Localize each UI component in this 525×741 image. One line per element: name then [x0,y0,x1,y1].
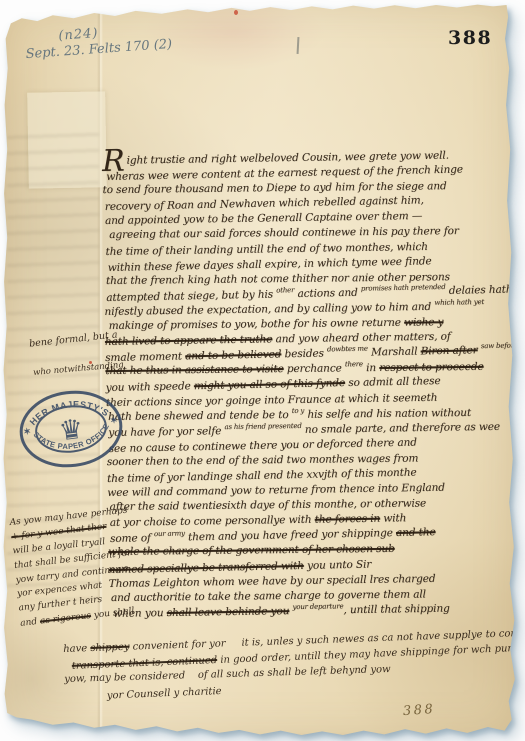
margin-draft-block: As yow may have perhaps+ for y wee that … [9,499,185,631]
state-paper-office-stamp: ✶ HER MAJESTY'S ✶ STATE PAPER OFFICE ♛ [14,383,129,475]
bottom-draft-block: have shippey convenient for yor it is, u… [63,626,517,704]
scan-background: (n24) Sept. 23. Felts 170 (2) 388 Right … [0,0,525,741]
manuscript-page: (n24) Sept. 23. Felts 170 (2) 388 Right … [1,2,519,738]
handwritten-folio-number: 388 [403,702,436,719]
pencil-tick-mark [297,37,300,54]
archival-date-note: (n24) Sept. 23. Felts 170 (2) [24,21,173,63]
stamp-crown-icon: ♛ [57,414,85,448]
printed-folio-number: 388 [448,27,492,49]
paper-shadow: (n24) Sept. 23. Felts 170 (2) 388 Right … [0,0,525,741]
red-ink-speck [234,10,238,15]
